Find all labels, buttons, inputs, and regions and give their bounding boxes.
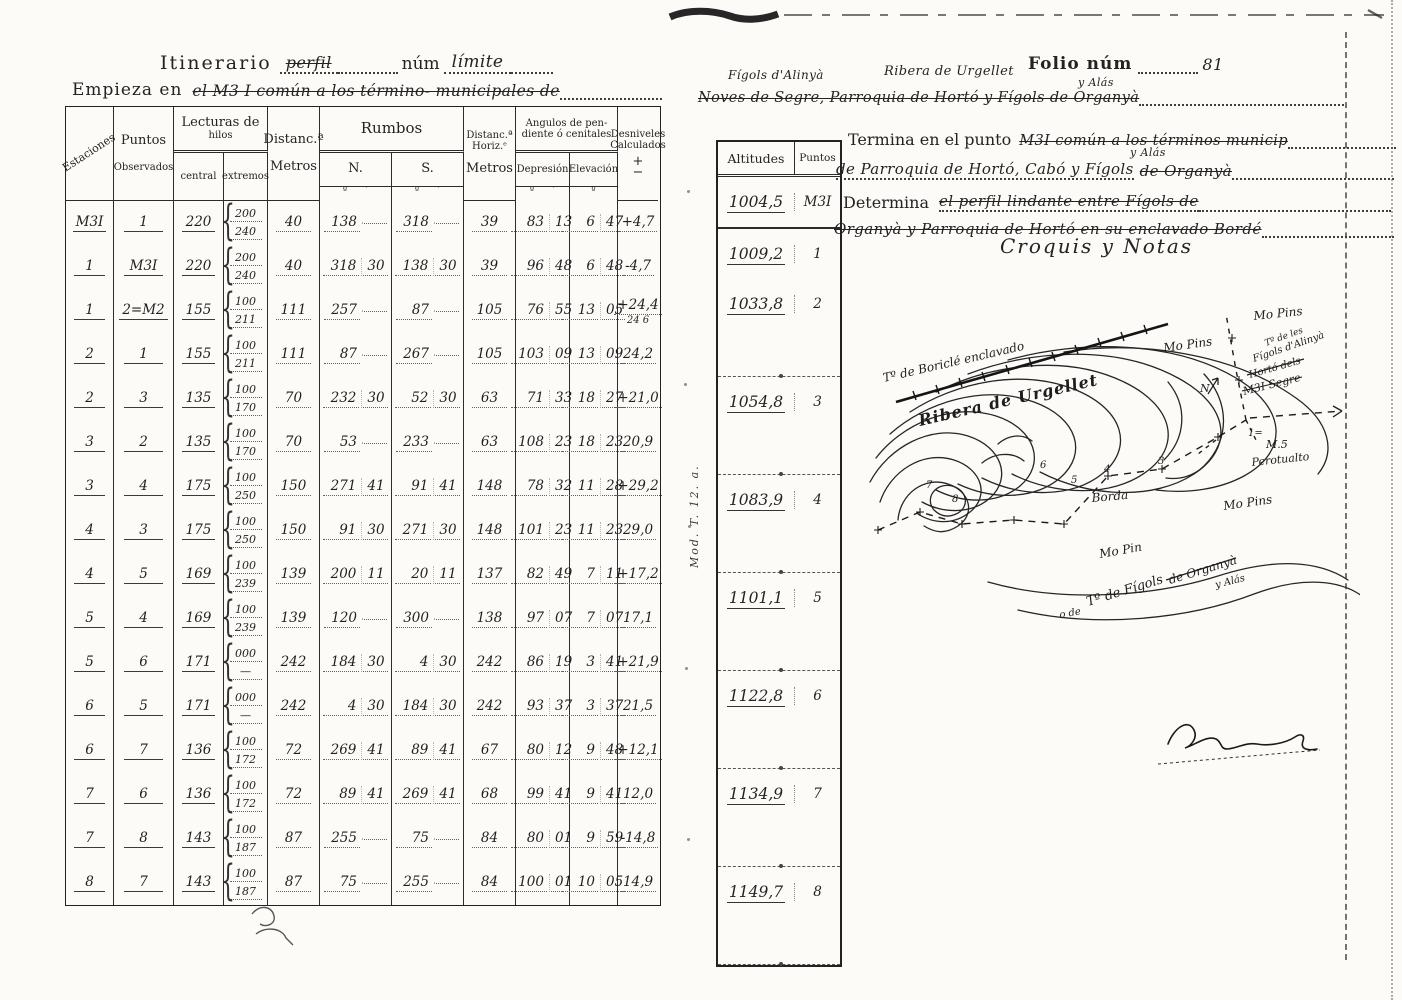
cell-desnivel: +4,7 <box>618 201 658 245</box>
cell-value: 20,9 <box>620 434 656 452</box>
termina-above-note: y Alás <box>1130 146 1166 159</box>
degrees: 96 <box>511 258 547 276</box>
degrees: 80 <box>511 742 547 760</box>
cell-rumbo-n: 20011 <box>320 553 392 597</box>
header-label: extremos <box>222 171 269 182</box>
cell-value: 67 <box>472 742 506 760</box>
degrees: 267 <box>396 346 432 364</box>
minutes: 30 <box>433 390 459 408</box>
cell-value: 135 <box>182 434 215 452</box>
cell-value: 175 <box>182 522 215 540</box>
degrees: 7 <box>562 566 598 584</box>
cell-central: 155 <box>174 289 224 333</box>
brace-mark: { <box>221 286 235 334</box>
cell-horiz: 63 <box>464 421 516 465</box>
cell-central: 136 <box>174 729 224 773</box>
cell-punto: 5 <box>114 553 174 597</box>
cell-desnivel: +24,424 6 <box>618 289 658 333</box>
brace-mark: { <box>221 198 235 246</box>
altitude-value: 1101,1 <box>718 589 795 607</box>
minutes: 30 <box>361 258 387 276</box>
ink-dot <box>779 374 783 378</box>
cell-value: 155 <box>182 302 215 320</box>
cell-value: M3I <box>124 258 162 276</box>
cell-rumbo-s: 87 <box>392 289 464 333</box>
brace-mark: { <box>221 330 235 378</box>
cell-value: 1 <box>124 346 162 364</box>
degrees: 138 <box>324 214 360 232</box>
cell-metros: 87 <box>268 861 320 905</box>
cell-punto: 4 <box>114 465 174 509</box>
brace-mark: { <box>221 550 235 598</box>
cell-metros: 139 <box>268 597 320 641</box>
cell-punto: 3 <box>114 509 174 553</box>
cell-value: 4 <box>74 522 106 540</box>
cell-value: 3 <box>74 478 106 496</box>
cell-value: +24,4 <box>614 297 661 315</box>
point-id: M3I <box>795 194 840 210</box>
degrees: 13 <box>562 346 598 364</box>
cell-horiz: 242 <box>464 641 516 685</box>
empieza-line: Empieza en el M3 I común a los término- … <box>72 80 662 100</box>
minutes <box>362 442 387 444</box>
cell-central: 143 <box>174 817 224 861</box>
degrees: 3 <box>562 698 598 716</box>
cell-value: 220 <box>182 214 215 232</box>
cell-punto: 7 <box>114 729 174 773</box>
cell-extremos: {000— <box>224 641 268 685</box>
col-header-rumbo-s: S. <box>392 153 464 187</box>
cell-value: 2 <box>124 434 162 452</box>
cell-extremos: {000— <box>224 685 268 729</box>
ink-dot <box>779 668 783 672</box>
cell-horiz: 105 <box>464 289 516 333</box>
degrees: 269 <box>323 742 359 760</box>
cell-horiz: 39 <box>464 201 516 245</box>
altitude-number: 1134,9 <box>727 785 785 805</box>
degrees: 10 <box>562 874 598 892</box>
itinerario-line: Itinerario perfil núm límite <box>160 52 590 74</box>
cell-punto: 7 <box>114 861 174 905</box>
cell-value: 242 <box>276 698 310 716</box>
altitudes-table: Altitudes Puntos 1004,5M3I1009,211033,82… <box>716 140 842 967</box>
degrees: 4 <box>395 654 431 672</box>
altitude-number: 1122,8 <box>727 687 785 707</box>
termina-line2-struck: de Organyà <box>1140 162 1232 180</box>
cell-horiz: 84 <box>464 861 516 905</box>
cell-extremos: {200240 <box>224 245 268 289</box>
cell-value: 5 <box>124 698 162 716</box>
cell-value: 29,0 <box>620 522 656 540</box>
cell-desnivel: +12,1 <box>618 729 658 773</box>
degrees: 93 <box>511 698 547 716</box>
cell-desnivel: 12,0 <box>618 773 658 817</box>
degrees: 232 <box>323 390 359 408</box>
cell-central: 135 <box>174 377 224 421</box>
ink-smudge-top <box>662 2 1400 32</box>
altitude-separator <box>718 819 840 867</box>
cell-horiz: 242 <box>464 685 516 729</box>
cell-horiz: 137 <box>464 553 516 597</box>
degrees: 13 <box>562 302 598 320</box>
cell-rumbo-n: 257 <box>320 289 392 333</box>
degrees: 99 <box>511 786 547 804</box>
cell-desnivel: +17,2 <box>618 553 658 597</box>
altitude-value: 1083,9 <box>718 491 795 509</box>
cell-station: 7 <box>66 773 114 817</box>
minutes <box>434 222 459 224</box>
cell-rumbo-s: 255 <box>392 861 464 905</box>
col-header-lecturas: Lecturas de hilos <box>174 107 268 153</box>
itinerario-label: Itinerario <box>160 52 272 74</box>
cell-station: 3 <box>66 421 114 465</box>
cell-value: 171 <box>182 698 215 716</box>
cell-rumbo-n: 87 <box>320 333 392 377</box>
cell-value: 148 <box>472 522 506 540</box>
degrees: 138 <box>395 258 431 276</box>
minutes <box>434 310 459 312</box>
cell-rumbo-n: 430 <box>320 685 392 729</box>
point-id: 8 <box>795 884 840 900</box>
degrees: 255 <box>396 874 432 892</box>
degrees: 9 <box>562 830 598 848</box>
header-label: Rumbos <box>361 120 423 137</box>
altitudes-col-label: Altitudes <box>718 142 795 174</box>
cell-rumbo-n: 18430 <box>320 641 392 685</box>
cell-horiz: 105 <box>464 333 516 377</box>
cell-elevacion: 1309 <box>570 333 618 377</box>
cell-value: 40 <box>276 214 310 232</box>
cell-metros: 72 <box>268 729 320 773</box>
dotted-rule <box>1199 196 1391 212</box>
croquis-sketch: Tº de Boriclé enclavado Ribera de Urgell… <box>868 262 1360 694</box>
cell-central: 175 <box>174 509 224 553</box>
cell-station: 1 <box>66 245 114 289</box>
itinerario-value: perfil <box>280 53 338 74</box>
col-header-angulos: Angulos de pen- diente ó cenitales <box>516 107 618 153</box>
cell-metros: 242 <box>268 685 320 729</box>
degrees: 120 <box>324 610 360 628</box>
cell-value: 1 <box>74 258 106 276</box>
cell-central: 143 <box>174 861 224 905</box>
cell-elevacion: 647 <box>570 201 618 245</box>
cell-value: 72 <box>276 742 310 760</box>
minutes <box>362 618 387 620</box>
cell-value: 137 <box>472 566 506 584</box>
degrees: 4 <box>323 698 359 716</box>
termina-label: Termina en el punto <box>848 130 1011 149</box>
cell-horiz: 39 <box>464 245 516 289</box>
cell-value: 4 <box>124 610 162 628</box>
cell-central: 155 <box>174 333 224 377</box>
cell-value: 24,2 <box>620 346 656 364</box>
cell-value: 2 <box>74 390 106 408</box>
col-header-desniveles: Desniveles Calculados + − <box>618 107 658 201</box>
degrees: 80 <box>511 830 547 848</box>
cell-rumbo-s: 2011 <box>392 553 464 597</box>
cell-value: 139 <box>276 610 310 628</box>
cell-value: 7 <box>124 874 162 892</box>
cell-value: 135 <box>182 390 215 408</box>
cell-punto: M3I <box>114 245 174 289</box>
cell-metros: 40 <box>268 201 320 245</box>
cell-station: 2 <box>66 377 114 421</box>
degrees: 9 <box>562 742 598 760</box>
point-id: 3 <box>795 394 840 410</box>
cell-value: +21,9 <box>614 654 661 672</box>
place-note-1: Fígols d'Alinyà <box>728 68 824 82</box>
place-note-3: y Alás <box>1078 76 1114 89</box>
cell-value: 87 <box>276 874 310 892</box>
cell-elevacion: 1005 <box>570 861 618 905</box>
cell-value: 5 <box>124 566 162 584</box>
degrees: 89 <box>395 742 431 760</box>
degrees: 271 <box>323 478 359 496</box>
cell-elevacion: 337 <box>570 685 618 729</box>
col-header-depresion: Depresión <box>516 153 570 187</box>
header-label: Calculados <box>610 140 666 151</box>
cell-rumbo-s: 9141 <box>392 465 464 509</box>
cell-metros: 150 <box>268 465 320 509</box>
header-label: Metros <box>270 160 317 174</box>
degrees: 6 <box>562 214 598 232</box>
cell-rumbo-s: 8941 <box>392 729 464 773</box>
minutes: 30 <box>361 522 387 540</box>
col-header-elevacion: Elevación <box>570 153 618 187</box>
cell-value: 3 <box>124 390 162 408</box>
degrees: 89 <box>323 786 359 804</box>
cell-metros: 150 <box>268 509 320 553</box>
places-struck-line: Noves de Segre, Parroquia de Hortó y Fíg… <box>698 90 1344 106</box>
ink-speck <box>687 190 690 193</box>
minutes <box>362 354 387 356</box>
cell-extremos: {100250 <box>224 509 268 553</box>
col-header-rumbo-n: N. <box>320 153 392 187</box>
degrees: 76 <box>511 302 547 320</box>
point-id: 6 <box>795 688 840 704</box>
brace-mark: { <box>221 638 235 686</box>
cell-elevacion: 1128 <box>570 465 618 509</box>
cell-station: 6 <box>66 729 114 773</box>
minutes <box>362 310 387 312</box>
cell-elevacion: 1823 <box>570 421 618 465</box>
croquis-title: Croquis y Notas <box>1000 234 1193 258</box>
point-id: 2 <box>795 296 840 312</box>
minutes <box>434 882 459 884</box>
ink-dot <box>779 472 783 476</box>
cell-value: 63 <box>472 434 506 452</box>
dotted-rule <box>1262 222 1394 238</box>
signature-flourish <box>1148 702 1338 772</box>
minutes: 11 <box>433 566 459 584</box>
cell-station: 2 <box>66 333 114 377</box>
cell-station: 3 <box>66 465 114 509</box>
header-label: Puntos <box>121 134 166 148</box>
brace-mark: { <box>221 770 235 818</box>
degrees: 269 <box>395 786 431 804</box>
header-label: Elevación <box>569 164 618 175</box>
altitude-value: 1004,5 <box>718 193 795 211</box>
cell-punto: 2=M2 <box>114 289 174 333</box>
cell-extremos: {100172 <box>224 773 268 817</box>
brace-mark: { <box>221 242 235 290</box>
cell-rumbo-s: 430 <box>392 641 464 685</box>
header-label: Depresión <box>517 164 569 175</box>
cell-value: 70 <box>276 434 310 452</box>
determina-label: Determina <box>843 193 929 212</box>
north-label: N <box>1199 382 1210 395</box>
cell-value: +21,0 <box>614 390 661 408</box>
cell-value: 6 <box>124 654 162 672</box>
dotted-rule <box>1139 90 1344 106</box>
page-edge-line <box>1391 0 1393 1000</box>
cell-metros: 242 <box>268 641 320 685</box>
cell-value: 87 <box>276 830 310 848</box>
cell-rumbo-n: 255 <box>320 817 392 861</box>
cell-desnivel: 14,9 <box>618 861 658 905</box>
ink-dot <box>779 864 783 868</box>
minutes: 11 <box>361 566 387 584</box>
cell-value: 169 <box>182 610 215 628</box>
territory-label: Tº de Boriclé enclavado <box>882 339 1026 385</box>
altitude-separator <box>718 525 840 573</box>
num-value: límite <box>444 52 512 74</box>
pere-label: Perotualto <box>1250 450 1310 469</box>
cell-value: 3 <box>124 522 162 540</box>
cell-value: 63 <box>472 390 506 408</box>
cell-value: 7 <box>124 742 162 760</box>
cell-desnivel: 20,9 <box>618 421 658 465</box>
point-number: 5 <box>1071 475 1077 486</box>
determina-line: Determina el perfil lindante entre Fígol… <box>843 192 1391 212</box>
deg-min-marks: º ′ <box>516 187 570 201</box>
cell-desnivel: 21,5 <box>618 685 658 729</box>
cell-rumbo-s: 5230 <box>392 377 464 421</box>
cell-value: 242 <box>472 654 506 672</box>
altitude-separator <box>718 623 840 671</box>
cell-central: 135 <box>174 421 224 465</box>
altitude-number: 1004,5 <box>727 193 785 213</box>
cell-desnivel: 17,1 <box>618 597 658 641</box>
cell-value: 4 <box>74 566 106 584</box>
altitude-row: 1009,21 <box>718 229 840 279</box>
degrees: 78 <box>511 478 547 496</box>
altitude-number: 1054,8 <box>727 393 785 413</box>
cell-horiz: 63 <box>464 377 516 421</box>
num-label: núm <box>402 54 440 74</box>
scanned-survey-form: Itinerario perfil núm límite Empieza en … <box>0 0 1402 1000</box>
point-id: 4 <box>795 492 840 508</box>
cell-metros: 87 <box>268 817 320 861</box>
cell-value: 105 <box>472 302 506 320</box>
dotted-rule <box>1288 133 1396 149</box>
degrees: 83 <box>511 214 547 232</box>
altitudes-header: Altitudes Puntos <box>718 142 840 177</box>
header-label: central <box>181 171 217 182</box>
point-number: 3 <box>1158 456 1164 467</box>
altitude-row: 1149,78 <box>718 867 840 917</box>
cell-elevacion: 707 <box>570 597 618 641</box>
cell-horiz: 68 <box>464 773 516 817</box>
degrees: 255 <box>324 830 360 848</box>
cell-desnivel: -14,8 <box>618 817 658 861</box>
cell-value: 1 <box>74 302 106 320</box>
cell-value: 8 <box>74 874 106 892</box>
cell-value: 143 <box>182 830 215 848</box>
degrees: 20 <box>395 566 431 584</box>
cell-value: 171 <box>182 654 215 672</box>
minutes <box>434 618 459 620</box>
cell-punto: 6 <box>114 641 174 685</box>
cell-station: 7 <box>66 817 114 861</box>
cell-value: 138 <box>472 610 506 628</box>
cell-horiz: 138 <box>464 597 516 641</box>
determina-value: el perfil lindante entre Fígols de <box>939 192 1199 212</box>
minus-sign: − <box>633 168 644 178</box>
cell-value: 14,9 <box>620 874 656 892</box>
cell-central: 220 <box>174 245 224 289</box>
cell-station: 5 <box>66 597 114 641</box>
minutes: 41 <box>361 786 387 804</box>
cell-elevacion: 948 <box>570 729 618 773</box>
altitude-separator <box>718 329 840 377</box>
ink-dot <box>779 570 783 574</box>
cell-value: 6 <box>124 786 162 804</box>
cell-value: +17,2 <box>614 566 661 584</box>
altitude-row: 1033,82 <box>718 279 840 329</box>
header-label: Lecturas de <box>182 116 260 130</box>
dotted-rule <box>1232 164 1394 180</box>
cell-rumbo-n: 26941 <box>320 729 392 773</box>
cell-value: 175 <box>182 478 215 496</box>
cell-rumbo-n: 53 <box>320 421 392 465</box>
degrees: 86 <box>511 654 547 672</box>
minutes: 30 <box>433 654 459 672</box>
deg-marks: º <box>570 187 618 201</box>
mo-pin-label: Mo Pin <box>1097 540 1143 561</box>
ink-speck <box>684 383 687 386</box>
col-header-estaciones: Estaciones <box>66 107 114 201</box>
cell-central: 175 <box>174 465 224 509</box>
cell-punto: 1 <box>114 333 174 377</box>
cell-value: 150 <box>276 478 310 496</box>
cell-elevacion: 959 <box>570 817 618 861</box>
cell-value: 84 <box>472 874 506 892</box>
minutes <box>434 354 459 356</box>
header-label: diente ó cenitales <box>522 129 612 140</box>
cell-metros: 111 <box>268 333 320 377</box>
point-number: 4 <box>1103 464 1110 475</box>
cell-desnivel: +21,0 <box>618 377 658 421</box>
minutes: 41 <box>361 742 387 760</box>
survey-table-header: Estaciones Puntos Observados Lecturas de… <box>66 107 660 201</box>
cell-value: 242 <box>276 654 310 672</box>
cell-central: 220 <box>174 201 224 245</box>
cell-punto: 1 <box>114 201 174 245</box>
point-id: 1 <box>795 246 840 262</box>
cell-rumbo-n: 8941 <box>320 773 392 817</box>
minutes <box>362 838 387 840</box>
cell-value: 39 <box>472 214 506 232</box>
minutes <box>434 838 459 840</box>
cell-rumbo-s: 267 <box>392 333 464 377</box>
cell-value: 111 <box>276 302 310 320</box>
cell-value: 17,1 <box>620 610 656 628</box>
point-number: 7 <box>926 480 933 491</box>
puntos-col-label: Puntos <box>795 142 840 174</box>
minutes: 30 <box>433 522 459 540</box>
page-fold-line <box>1345 32 1347 960</box>
